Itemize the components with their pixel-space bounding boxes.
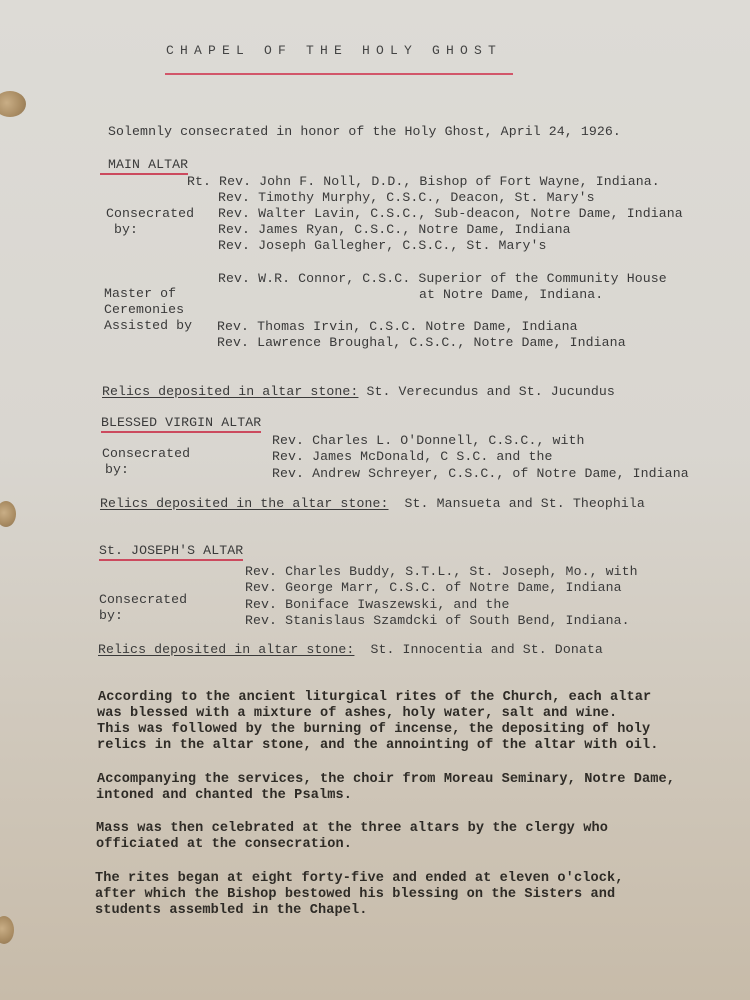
assistant-line: Rev. Thomas Irvin, C.S.C. Notre Dame, In… bbox=[217, 319, 578, 335]
blessed-virgin-heading: BLESSED VIRGIN ALTAR bbox=[101, 415, 261, 431]
paragraph-line: This was followed by the burning of ince… bbox=[97, 722, 650, 738]
consecrator-line: Rev. Joseph Gallegher, C.S.C., St. Mary'… bbox=[218, 238, 547, 254]
paragraph-line: Mass was then celebrated at the three al… bbox=[96, 821, 608, 837]
consecrator-line: Rev. James Ryan, C.S.C., Notre Dame, Ind… bbox=[218, 222, 571, 238]
intro-line: Solemnly consecrated in honor of the Hol… bbox=[108, 124, 621, 140]
consecrator-line: Rev. George Marr, C.S.C. of Notre Dame, … bbox=[245, 580, 622, 596]
consecrator-line: Rt. Rev. John F. Noll, D.D., Bishop of F… bbox=[187, 174, 660, 190]
blessed-virgin-heading-text: BLESSED VIRGIN ALTAR bbox=[101, 415, 261, 433]
binder-hole bbox=[0, 91, 26, 117]
st-josephs-heading-text: St. JOSEPH'S ALTAR bbox=[99, 543, 243, 561]
document-page: CHAPEL OF THE HOLY GHOST Solemnly consec… bbox=[0, 0, 750, 1000]
consecrated-label: Consecrated bbox=[102, 446, 190, 462]
master-label: Ceremonies bbox=[104, 302, 184, 318]
consecrator-line: Rev. Charles Buddy, S.T.L., St. Joseph, … bbox=[245, 564, 638, 580]
relics-label: Relics deposited in altar stone: bbox=[102, 384, 358, 399]
paragraph-line: relics in the altar stone, and the annoi… bbox=[97, 738, 659, 754]
consecrator-line: Rev. Timothy Murphy, C.S.C., Deacon, St.… bbox=[218, 190, 595, 206]
master-line: at Notre Dame, Indiana. bbox=[419, 287, 603, 303]
paragraph-line: students assembled in the Chapel. bbox=[95, 903, 368, 919]
st-josephs-heading: St. JOSEPH'S ALTAR bbox=[99, 543, 243, 559]
assistant-line: Rev. Lawrence Broughal, C.S.C., Notre Da… bbox=[217, 335, 626, 351]
by-label: by: bbox=[105, 462, 129, 478]
consecrator-line: Rev. Stanislaus Szamdcki of South Bend, … bbox=[245, 613, 630, 629]
paragraph-line: Accompanying the services, the choir fro… bbox=[97, 772, 675, 788]
relics-line: Relics deposited in altar stone: St. Inn… bbox=[98, 642, 603, 658]
relics-line: Relics deposited in altar stone: St. Ver… bbox=[102, 384, 615, 400]
relics-label: Relics deposited in the altar stone: bbox=[100, 496, 389, 511]
title-underline bbox=[165, 73, 513, 75]
consecrated-label: Consecrated bbox=[106, 206, 194, 222]
paragraph-line: officiated at the consecration. bbox=[96, 837, 352, 853]
assisted-label: Assisted by bbox=[104, 318, 192, 334]
by-label: by: bbox=[114, 222, 138, 238]
by-label: by: bbox=[99, 608, 123, 624]
consecrator-line: Rev. Charles L. O'Donnell, C.S.C., with bbox=[272, 433, 585, 449]
relics-value: St. Mansueta and St. Theophila bbox=[405, 496, 645, 511]
consecrator-line: Rev. James McDonald, C S.C. and the bbox=[272, 449, 552, 465]
consecrator-line: Rev. Walter Lavin, C.S.C., Sub-deacon, N… bbox=[218, 206, 683, 222]
relics-label: Relics deposited in altar stone: bbox=[98, 642, 354, 657]
paragraph-line: intoned and chanted the Psalms. bbox=[96, 788, 352, 804]
paragraph-line: after which the Bishop bestowed his bles… bbox=[95, 887, 615, 903]
consecrator-line: Rev. Andrew Schreyer, C.S.C., of Notre D… bbox=[272, 466, 689, 482]
consecrator-line: Rev. Boniface Iwaszewski, and the bbox=[245, 597, 509, 613]
relics-value: St. Innocentia and St. Donata bbox=[370, 642, 602, 657]
binder-hole bbox=[0, 501, 16, 527]
paragraph-line: The rites began at eight forty-five and … bbox=[95, 871, 623, 887]
main-altar-heading: MAIN ALTAR bbox=[100, 157, 188, 173]
master-line: Rev. W.R. Connor, C.S.C. Superior of the… bbox=[218, 271, 667, 287]
relics-line: Relics deposited in the altar stone: St.… bbox=[100, 496, 645, 512]
paragraph-line: According to the ancient liturgical rite… bbox=[98, 690, 651, 706]
document-title: CHAPEL OF THE HOLY GHOST bbox=[166, 43, 502, 58]
main-altar-heading-text: MAIN ALTAR bbox=[100, 157, 188, 175]
paragraph-line: was blessed with a mixture of ashes, hol… bbox=[97, 706, 617, 722]
relics-value: St. Verecundus and St. Jucundus bbox=[366, 384, 614, 399]
binder-hole bbox=[0, 916, 14, 944]
consecrated-label: Consecrated bbox=[99, 592, 187, 608]
master-label: Master of bbox=[104, 286, 176, 302]
